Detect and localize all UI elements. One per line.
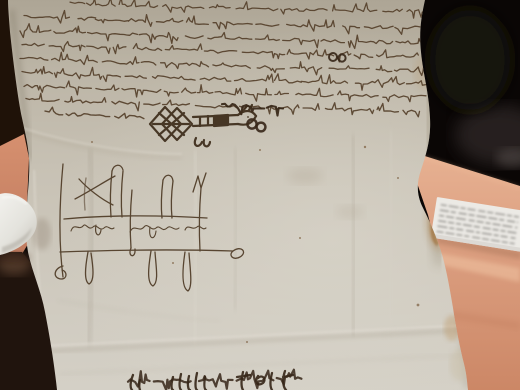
background-blur-blob-2 [430, 10, 510, 110]
photo-of-medieval-charter: Close-up photograph of a medieval parchm… [0, 0, 520, 390]
